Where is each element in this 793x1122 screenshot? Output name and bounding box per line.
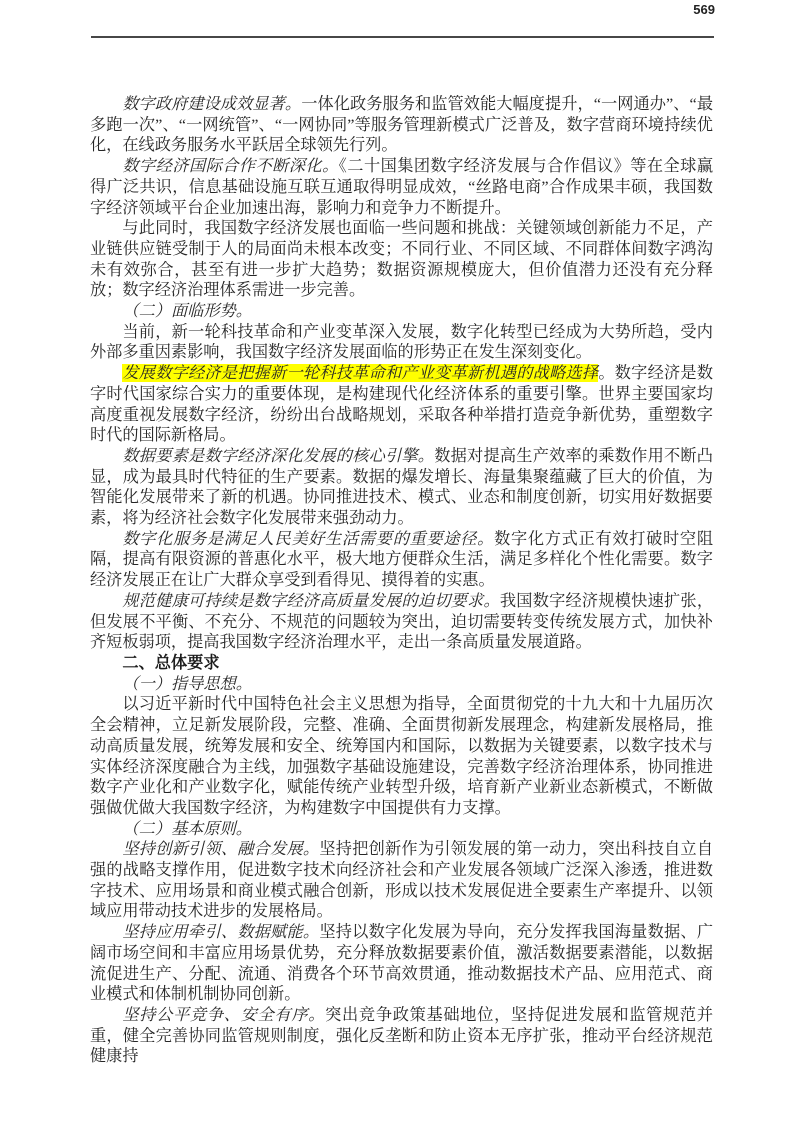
paragraph: 数字政府建设成效显著。一体化政务服务和监管效能大幅度提升，“一网通办”、“最多跑… (90, 94, 713, 156)
lead-sentence: （一）指导思想。 (122, 675, 252, 693)
paragraph: 坚持应用牵引、数据赋能。坚持以数字化发展为导向，充分发挥我国海量数据、广阔市场空… (90, 922, 713, 1005)
lead-sentence: （二）基本原则。 (122, 820, 252, 838)
paragraph-text: 当前，新一轮科技革命和产业变革深入发展，数字化转型已经成为大势所趋，受内外部多重… (90, 323, 713, 362)
highlighted-sentence: 发展数字经济是把握新一轮科技革命和产业变革新机遇的战略选择 (122, 364, 598, 382)
section-heading: 二、总体要求 (90, 653, 713, 674)
sub-heading: （二）基本原则。 (90, 819, 713, 840)
document-page: { "page": { "number": "569" }, "colors":… (0, 0, 793, 1122)
lead-sentence: 数字政府建设成效显著。 (122, 95, 301, 113)
paragraph: 数字经济国际合作不断深化。《二十国集团数字经济发展与合作倡议》等在全球赢得广泛共… (90, 156, 713, 218)
lead-sentence: 数字经济国际合作不断深化。 (122, 157, 338, 175)
paragraph: 坚持公平竞争、安全有序。突出竞争政策基础地位，坚持促进发展和监管规范并重，健全完… (90, 1005, 713, 1067)
lead-sentence: （二）面临形势。 (122, 302, 252, 320)
paragraph: 以习近平新时代中国特色社会主义思想为指导，全面贯彻党的十九大和十九届历次全会精神… (90, 694, 713, 818)
header-rule (91, 36, 714, 38)
paragraph: 数字化服务是满足人民美好生活需要的重要途径。数字化方式正有效打破时空阻隔，提高有… (90, 529, 713, 591)
sub-heading: （二）面临形势。 (90, 301, 713, 322)
paragraph: 与此同时，我国数字经济发展也面临一些问题和挑战：关键领域创新能力不足，产业链供应… (90, 218, 713, 301)
paragraph-text: 二、总体要求 (122, 654, 219, 672)
lead-sentence: 坚持应用牵引、数据赋能。 (122, 923, 319, 941)
lead-sentence: 坚持公平竞争、安全有序。 (122, 1006, 325, 1024)
paragraph: 当前，新一轮科技革命和产业变革深入发展，数字化转型已经成为大势所趋，受内外部多重… (90, 322, 713, 363)
lead-sentence: 坚持创新引领、融合发展。 (122, 840, 319, 858)
sub-heading: （一）指导思想。 (90, 674, 713, 695)
lead-sentence: 数据要素是数字经济深化发展的核心引擎。 (122, 447, 434, 465)
page-number: 569 (693, 2, 715, 17)
lead-sentence: 数字化服务是满足人民美好生活需要的重要途径。 (122, 530, 494, 548)
paragraph: 数据要素是数字经济深化发展的核心引擎。数据对提高生产效率的乘数作用不断凸显，成为… (90, 446, 713, 529)
lead-sentence: 规范健康可持续是数字经济高质量发展的迫切要求。 (122, 592, 499, 610)
paragraph-text: 与此同时，我国数字经济发展也面临一些问题和挑战：关键领域创新能力不足，产业链供应… (90, 219, 713, 299)
paragraph-text: 以习近平新时代中国特色社会主义思想为指导，全面贯彻党的十九大和十九届历次全会精神… (90, 695, 713, 817)
document-body: 数字政府建设成效显著。一体化政务服务和监管效能大幅度提升，“一网通办”、“最多跑… (90, 94, 713, 1067)
paragraph: 坚持创新引领、融合发展。坚持把创新作为引领发展的第一动力，突出科技自立自强的战略… (90, 839, 713, 922)
paragraph: 发展数字经济是把握新一轮科技革命和产业变革新机遇的战略选择。数字经济是数字时代国… (90, 363, 713, 446)
paragraph: 规范健康可持续是数字经济高质量发展的迫切要求。我国数字经济规模快速扩张，但发展不… (90, 591, 713, 653)
